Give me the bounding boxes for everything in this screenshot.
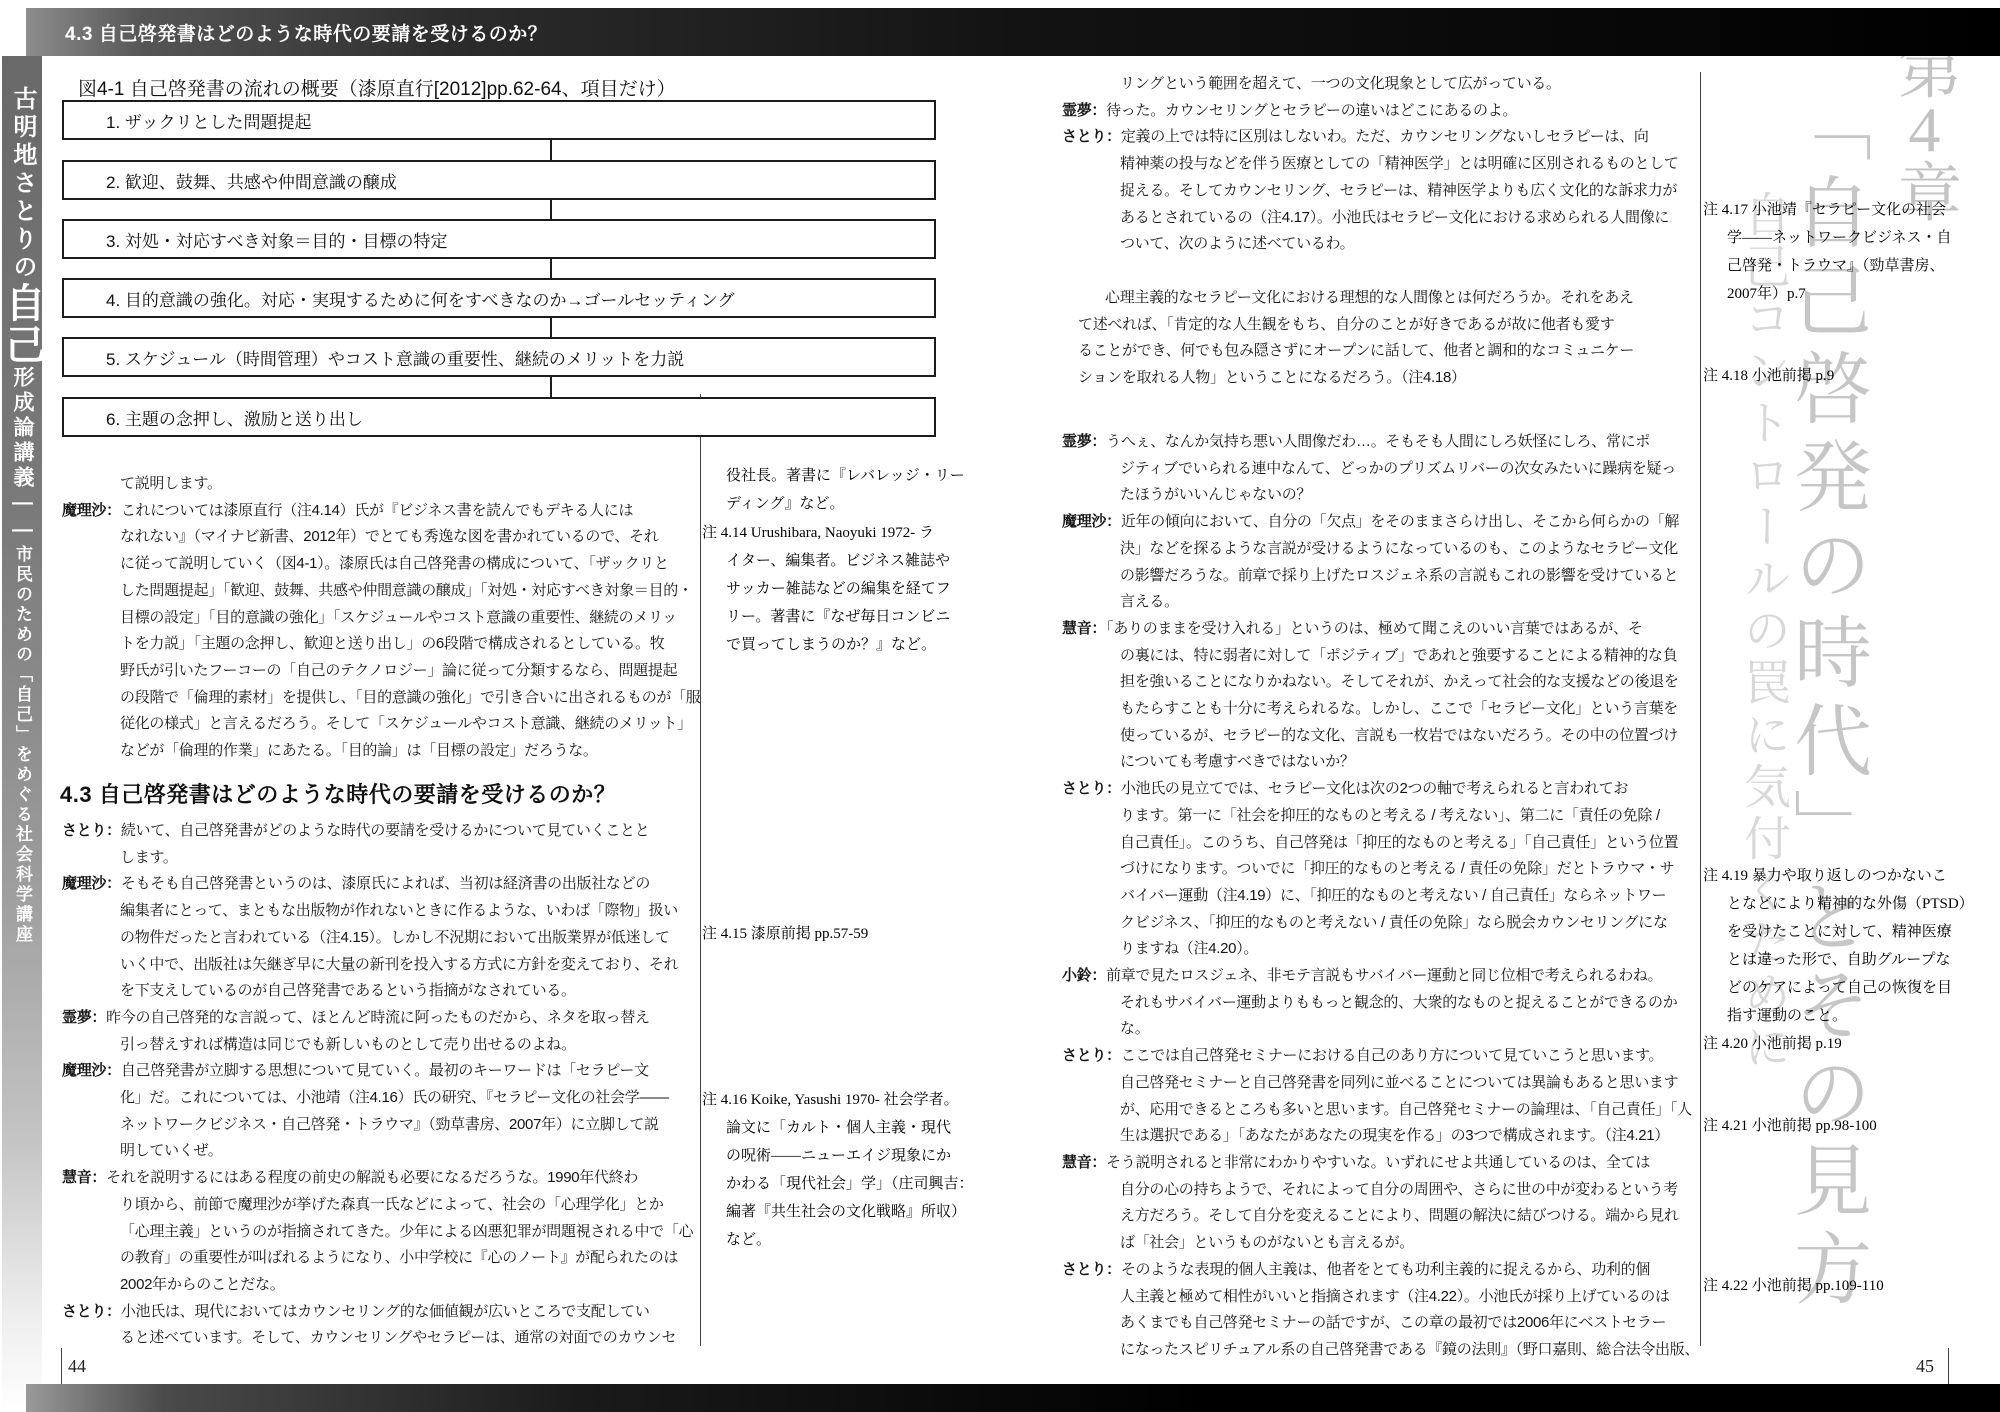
text-line: 魔理沙：近年の傾向において、自分の「欠点」をそのままさらけ出し、そこから何らかの…: [1062, 509, 1699, 536]
text-line: 明していくぜ。: [120, 1138, 693, 1165]
speaker-name: 霊夢：: [1062, 433, 1106, 450]
text-line: りますね（注4.20）。: [1120, 936, 1699, 963]
speaker-name: 慧音：: [1062, 1154, 1106, 1171]
text-line: します。: [120, 845, 693, 872]
text-line: に従って説明していく（図4-1）。漆原氏は自己啓発書の構成について、「ザックリと: [120, 551, 701, 578]
text-line: 自己啓発セミナーと自己啓発書を同列に並べることについては異論もあると思います: [1120, 1070, 1699, 1097]
text-line: の段階で「倫理的素材」を提供し、「目的意識の強化」で引き合いに出されるものが「服: [120, 685, 701, 712]
margin-note-line: 学——ネットワークビジネス・自: [1727, 224, 1952, 252]
margin-note-line: 注 4.21 小池前掲 pp.98-100: [1703, 1112, 1877, 1140]
text-line: ると述べています。そして、カウンセリングやセラピーは、通常の対面でのカウンセ: [120, 1325, 693, 1352]
flow-step: 3. 対処・対応すべき対象＝目的・目標の特定: [62, 219, 936, 259]
text-line: を下支えしているのが自己啓発書であるという指摘がなされている。: [120, 978, 693, 1005]
text-line: あるとされているの（注4.17）。小池氏はセラピー文化における求められる人間像に: [1120, 205, 1679, 232]
text-line: 人主義と極めて相性がいいと指摘されます（注4.22）。小池氏が採り上げているのは: [1120, 1284, 1699, 1311]
margin-note-line: 己啓発・トラウマ』（勁草書房、: [1727, 252, 1952, 280]
margin-note-line: 注 4.17 小池靖『セラピー文化の社会: [1703, 196, 1952, 224]
text-line: 魔理沙：そもそも自己啓発書というのは、漆原氏によれば、当初は経済書の出版社などの: [62, 871, 693, 898]
spine-big-word: 自己: [0, 282, 44, 366]
text-line: 精神薬の投与などを伴う医療としての「精神医学」とは明確に区別されるものとして: [1120, 151, 1679, 178]
left-page-body-1: て説明します。魔理沙：これについては漆原直行（注4.14）氏が『ビジネス書を読ん…: [62, 471, 701, 765]
text-line: の物件だったと言われている（注4.15）。しかし不況期において出版業界が低迷して: [120, 925, 693, 952]
margin-note-line: 注 4.19 暴力や取り返しのつかないこ: [1703, 862, 1974, 890]
margin-note-line: 注 4.15 漆原前掲 pp.57-59: [702, 920, 868, 948]
flow-connector: [550, 140, 552, 160]
text-line: 言える。: [1120, 589, 1699, 616]
flow-connector: [550, 318, 552, 337]
text-line: 霊夢：うへぇ、なんか気持ち悪い人間像だわ…。そもそも人間にしろ妖怪にしろ、常にポ: [1062, 429, 1699, 456]
margin-note: 注 4.17 小池靖『セラピー文化の社会学——ネットワークビジネス・自己啓発・ト…: [1703, 196, 1952, 308]
margin-note: 注 4.18 小池前掲 p.9: [1703, 362, 1834, 390]
spine-title-rest: 形成論講義: [11, 366, 34, 491]
speaker-name: 霊夢：: [62, 1009, 106, 1026]
text-line: になったスピリチュアル系の自己啓発書である『鏡の法則』（野口嘉則、総合法令出版、: [1120, 1337, 1699, 1364]
spine-subtitle: 市民のための「自己」をめぐる社会科学講座: [13, 545, 32, 945]
text-line: ることができ、何でも包み隠さずにオープンに話して、他者と調和的なコミュニケー: [1078, 338, 1634, 365]
speaker-name: 魔理沙：: [1062, 513, 1121, 530]
margin-note-line: リー。著書に『なぜ毎日コンビニ: [726, 603, 951, 631]
text-line: 使っているが、セラピー的な文化、言説も一枚岩ではないだろう。その中の位置づけ: [1120, 723, 1699, 750]
flow-step: 4. 目的意識の強化。対応・実現するために何をすべきなのか→ゴールセッティング: [62, 278, 936, 318]
flow-connector: [550, 259, 552, 278]
text-line: 化」だ。これについては、小池靖（注4.16）氏の研究、『セラピー文化の社会学——: [120, 1085, 693, 1112]
right-page-body-2: 霊夢：うへぇ、なんか気持ち悪い人間像だわ…。そもそも人間にしろ妖怪にしろ、常にポ…: [1062, 429, 1699, 1364]
margin-note-line: を受けたことに対して、精神医療: [1727, 918, 1974, 946]
text-line: トを力説」「主題の念押し、歓迎と送り出し」の6段階で構成されるとしている。牧: [120, 631, 701, 658]
text-line: 捉える。そしてカウンセリング、セラピーは、精神医学よりも広く文化的な訴求力が: [1120, 178, 1679, 205]
margin-note-line: 注 4.16 Koike, Yasushi 1970- 社会学者。: [702, 1086, 974, 1114]
margin-note-line: となどにより精神的な外傷（PTSD）: [1727, 890, 1974, 918]
right-page-body-1: リングという範囲を超えて、一つの文化現象として広がっている。霊夢：待った。カウン…: [1062, 71, 1679, 258]
text-line: 慧音：そう説明されると非常にわかりやすいな。いずれにせよ共通しているのは、全ては: [1062, 1150, 1699, 1177]
flow-connector: [550, 377, 552, 397]
book-spine: 古明地さとりの自己形成論講義——市民のための「自己」をめぐる社会科学講座: [2, 56, 42, 1412]
text-line: たほうがいいんじゃないの？: [1120, 482, 1699, 509]
running-header-title: 4.3 自己啓発書はどのような時代の要請を受けるのか？: [26, 19, 547, 46]
text-line: り頃から、前節で魔理沙が挙げた森真一氏などによって、社会の「心理学化」とか: [120, 1192, 693, 1219]
text-line: の影響だろうな。前章で採り上げたロスジェネ系の言説もこれの影響を受けていると: [1120, 563, 1699, 590]
speaker-name: さとり：: [1062, 128, 1121, 145]
speaker-name: 慧音：: [1062, 620, 1106, 637]
figure-4-1: 図4-1 自己啓発書の流れの概要（漆原直行[2012]pp.62-64、項目だけ…: [62, 74, 938, 101]
speaker-name: さとり：: [62, 822, 121, 839]
text-line: した問題提起」「歓迎、鼓舞、共感や仲間意識の醸成」「対処・対応すべき対象＝目的・: [120, 578, 701, 605]
flow-step: 2. 歓迎、鼓舞、共感や仲間意識の醸成: [62, 160, 936, 200]
margin-note-line: など。: [726, 1226, 974, 1254]
running-header-bar: 4.3 自己啓発書はどのような時代の要請を受けるのか？: [26, 8, 2000, 56]
text-line: 「心理主義」というのが指摘されてきた。少年による凶悪犯罪が問題視される中で「心: [120, 1219, 693, 1246]
left-page-number: 44: [68, 1356, 86, 1377]
text-line: さとり：続いて、自己啓発書がどのような時代の要請を受けるかについて見ていくことと: [62, 818, 693, 845]
text-line: 決」などを探るような言説が受けるようになっているのも、このようなセラピー文化: [1120, 536, 1699, 563]
text-line: 生は選択である」「あなたがあなたの現実を作る」の3つで構成されます。（注4.21…: [1120, 1123, 1699, 1150]
text-line: の教育」の重要性が叫ばれるようになり、小中学校に『心のノート』が配られたのは: [120, 1245, 693, 1272]
margin-note-line: 論文に「カルト・個人主義・現代: [726, 1114, 974, 1142]
speaker-name: さとり：: [62, 1303, 121, 1320]
margin-note-line: の呪術——ニューエイジ現象にか: [726, 1142, 974, 1170]
text-line: いく中で、出版社は矢継ぎ早に大量の新刊を投入する方式に方針を変えており、それ: [120, 952, 693, 979]
text-line: クビジネス、「抑圧的なものと考えない / 責任の免除」なら脱会カウンセリングにな: [1120, 910, 1699, 937]
spine-title: 古明地さとりの自己形成論講義——市民のための「自己」をめぐる社会科学講座: [2, 86, 42, 945]
text-line: 心理主義的なセラピー文化における理想的な人間像とは何だろうか。それをあえ: [1078, 285, 1634, 312]
text-line: 担を強いることになりかねない。そしてそれが、かえって社会的な支援などの後退を: [1120, 669, 1699, 696]
text-line: 慧音：それを説明するにはある程度の前史の解説も必要になるだろうな。1990年代終…: [62, 1165, 693, 1192]
margin-note-line: で買ってしまうのか？』など。: [726, 631, 951, 659]
margin-note: 注 4.15 漆原前掲 pp.57-59: [702, 920, 868, 948]
speaker-name: 霊夢：: [1062, 102, 1106, 119]
text-line: づけになります。ついでに「抑圧的なものと考える / 責任の免除」だとトラウマ・サ: [1120, 856, 1699, 883]
margin-note-line: ディング』など。: [726, 490, 965, 518]
speaker-name: 小鈴：: [1062, 967, 1106, 984]
text-line: さとり：そのような表現的個人主義は、他者をとても功利主義的に捉えるから、功利的個: [1062, 1257, 1699, 1284]
margin-note: 注 4.21 小池前掲 pp.98-100: [1703, 1112, 1877, 1140]
chapter-number-watermark: 第4章: [1878, 36, 1970, 217]
text-line: なれない』（マイナビ新書、2012年）でとても秀逸な図を書かれているので、それ: [120, 524, 701, 551]
text-line: もたらすことも十分に考えられるな。しかし、ここで「セラピー文化」という言葉を: [1120, 696, 1699, 723]
text-line: 編集者にとって、まともな出版物が作れないときに作るような、いわば「際物」扱い: [120, 898, 693, 925]
text-line: リングという範囲を超えて、一つの文化現象として広がっている。: [1120, 71, 1679, 98]
speaker-name: さとり：: [1062, 1047, 1121, 1064]
text-line: バイバー運動（注4.19）に、「抑圧的なものと考えない / 自己責任」ならネット…: [1120, 883, 1699, 910]
text-line: ネットワークビジネス・自己啓発・トラウマ』（勁草書房、2007年）に立脚して説: [120, 1112, 693, 1139]
text-line: 霊夢：昨今の自己啓発的な言説って、ほとんど時流に阿ったものだから、ネタを取っ替え: [62, 1005, 693, 1032]
speaker-name: さとり：: [1062, 1261, 1121, 1278]
text-line: ります。第一に「社会を抑圧的なものと考える / 考えない」、第二に「責任の免除 …: [1120, 803, 1699, 830]
flow-step: 6. 主題の念押し、激励と送り出し: [62, 397, 936, 437]
spine-series-name: 古明地さとりの: [9, 86, 36, 282]
right-page-number: 45: [1916, 1356, 1934, 1377]
flow-step: 1. ザックリとした問題提起: [62, 100, 936, 140]
margin-note: 注 4.22 小池前掲 pp.109-110: [1703, 1272, 1884, 1300]
margin-note-line: 注 4.22 小池前掲 pp.109-110: [1703, 1272, 1884, 1300]
margin-note: 注 4.16 Koike, Yasushi 1970- 社会学者。論文に「カルト…: [702, 1086, 974, 1254]
text-line: 野氏が引いたフーコーの「自己のテクノロジー」論に従って分類するなら、問題提起: [120, 658, 701, 685]
margin-note-line: 注 4.18 小池前掲 p.9: [1703, 362, 1834, 390]
text-line: の裏には、特に弱者に対して「ポジティブ」であれと強要することによる精神的な負: [1120, 643, 1699, 670]
margin-note-line: イター、編集者。ビジネス雑誌や: [726, 547, 951, 575]
speaker-name: 慧音：: [62, 1169, 106, 1186]
speaker-name: 魔理沙：: [62, 502, 121, 519]
text-line: さとり：定義の上では特に区別はしないわ。ただ、カウンセリングないしセラピーは、向: [1062, 124, 1679, 151]
text-line: ば「社会」というものがないとも言えるが。: [1120, 1230, 1699, 1257]
text-line: な。: [1120, 1016, 1699, 1043]
text-line: についても考慮すべきではないか？: [1120, 749, 1699, 776]
text-line: あくまでも自己啓発セミナーの話ですが、この章の最初では2006年にベストセラー: [1120, 1310, 1699, 1337]
text-line: さとり：小池氏の見立てでは、セラピー文化は次の2つの軸で考えられると言われてお: [1062, 776, 1699, 803]
margin-note: 役社長。著書に『レバレッジ・リーディング』など。: [702, 462, 965, 518]
text-line: 魔理沙：これについては漆原直行（注4.14）氏が『ビジネス書を読んでもデキる人に…: [62, 498, 701, 525]
text-line: などが「倫理的作業」にあたる。「目的論」は「目標の設定」だろうな。: [120, 738, 701, 765]
right-page-note-divider: [1700, 72, 1701, 1346]
speaker-name: 魔理沙：: [62, 875, 121, 892]
margin-note-line: 編著『共生社会の文化戦略』所収）: [726, 1198, 974, 1226]
margin-note-line: とは違った形で、自助グループな: [1727, 946, 1974, 974]
margin-note-line: かわる「現代社会」学」（庄司興吉：: [726, 1170, 974, 1198]
text-line: さとり：小池氏は、現代においてはカウンセリング的な価値観が広いところで支配してい: [62, 1299, 693, 1326]
left-page-body-2: さとり：続いて、自己啓発書がどのような時代の要請を受けるかについて見ていくことと…: [62, 818, 693, 1352]
text-line: 小鈴：前章で見たロスジェネ、非モテ言説もサバイバー運動と同じ位相で考えられるわね…: [1062, 963, 1699, 990]
spine-dash: ——: [11, 491, 34, 545]
margin-note-line: 注 4.20 小池前掲 p.19: [1703, 1030, 1842, 1058]
speaker-name: さとり：: [1062, 780, 1121, 797]
footer-bar: [26, 1384, 2000, 1412]
text-line: 引っ替えすれば構造は同じでも新しいものとして売り出せるのよね。: [120, 1032, 693, 1059]
speaker-name: 魔理沙：: [62, 1062, 121, 1079]
flow-connector: [550, 200, 552, 219]
text-line: それもサバイバー運動よりももっと観念的、大衆的なものと捉えることができるのか: [1120, 990, 1699, 1017]
margin-note-line: 2007年）p.7: [1727, 280, 1952, 308]
text-line: え方だろう。そして自分を変えることにより、問題の解決に結びつける。端から見れ: [1120, 1203, 1699, 1230]
left-page-section-heading: 4.3 自己啓発書はどのような時代の要請を受けるのか？: [60, 778, 616, 809]
margin-note-line: どのケアによって自己の恢復を目: [1727, 974, 1974, 1002]
book-spread: { "header": { "section_title": "4.3 自己啓発…: [0, 0, 2000, 1412]
text-line: 従化の様式」と言えるだろう。そして「スケジュールやコスト意識、継続のメリット」: [120, 711, 701, 738]
margin-note: 注 4.19 暴力や取り返しのつかないことなどにより精神的な外傷（PTSD）を受…: [1703, 862, 1974, 1030]
text-line: さとり：ここでは自己啓発セミナーにおける自己のあり方について見ていこうと思います…: [1062, 1043, 1699, 1070]
text-line: て述べれば、「肯定的な人生観をもち、自分のことが好きであるが故に他者も愛す: [1078, 312, 1634, 339]
text-line: 自己責任」。このうち、自己啓発は「抑圧的なものと考える」「自己責任」という位置: [1120, 830, 1699, 857]
text-line: 目標の設定」「目的意識の強化」「スケジュールやコスト意識の重要性、継続のメリッ: [120, 605, 701, 632]
text-line: ジティブでいられる連中なんて、どっかのプリズムリバーの次女みたいに躁病を疑っ: [1120, 456, 1699, 483]
margin-note-line: 指す運動のこと。: [1727, 1002, 1974, 1030]
right-page-blockquote: 心理主義的なセラピー文化における理想的な人間像とは何だろうか。それをあえて述べれ…: [1062, 285, 1634, 392]
text-line: 霊夢：待った。カウンセリングとセラピーの違いはどこにあるのよ。: [1062, 98, 1679, 125]
text-line: ついて、次のように述べているわ。: [1120, 231, 1679, 258]
text-line: 魔理沙：自己啓発書が立脚する思想について見ていく。最初のキーワードは「セラピー文: [62, 1058, 693, 1085]
margin-note-line: 注 4.14 Urushibara, Naoyuki 1972- ラ: [702, 519, 951, 547]
text-line: が、応用できるところも多いと思います。自己啓発セミナーの論理は、「自己責任」「人: [1120, 1097, 1699, 1124]
margin-note-line: サッカー雑誌などの編集を経てフ: [726, 575, 951, 603]
figure-caption: 図4-1 自己啓発書の流れの概要（漆原直行[2012]pp.62-64、項目だけ…: [78, 74, 938, 101]
text-line: 自分の心の持ちようで、それによって自分の周囲や、さらに世の中が変わるという考: [1120, 1177, 1699, 1204]
margin-note-line: 役社長。著書に『レバレッジ・リー: [726, 462, 965, 490]
text-line: て説明します。: [120, 471, 701, 498]
text-line: 2002年からのことだな。: [120, 1272, 693, 1299]
flow-step: 5. スケジュール（時間管理）やコスト意識の重要性、継続のメリットを力説: [62, 337, 936, 377]
text-line: ションを取れる人物」ということになるだろう。（注4.18）: [1078, 365, 1634, 392]
text-line: 慧音：「ありのままを受け入れる」というのは、極めて聞こえのいい言葉ではあるが、そ: [1062, 616, 1699, 643]
margin-note: 注 4.20 小池前掲 p.19: [1703, 1030, 1842, 1058]
margin-note: 注 4.14 Urushibara, Naoyuki 1972- ライター、編集…: [702, 519, 951, 659]
